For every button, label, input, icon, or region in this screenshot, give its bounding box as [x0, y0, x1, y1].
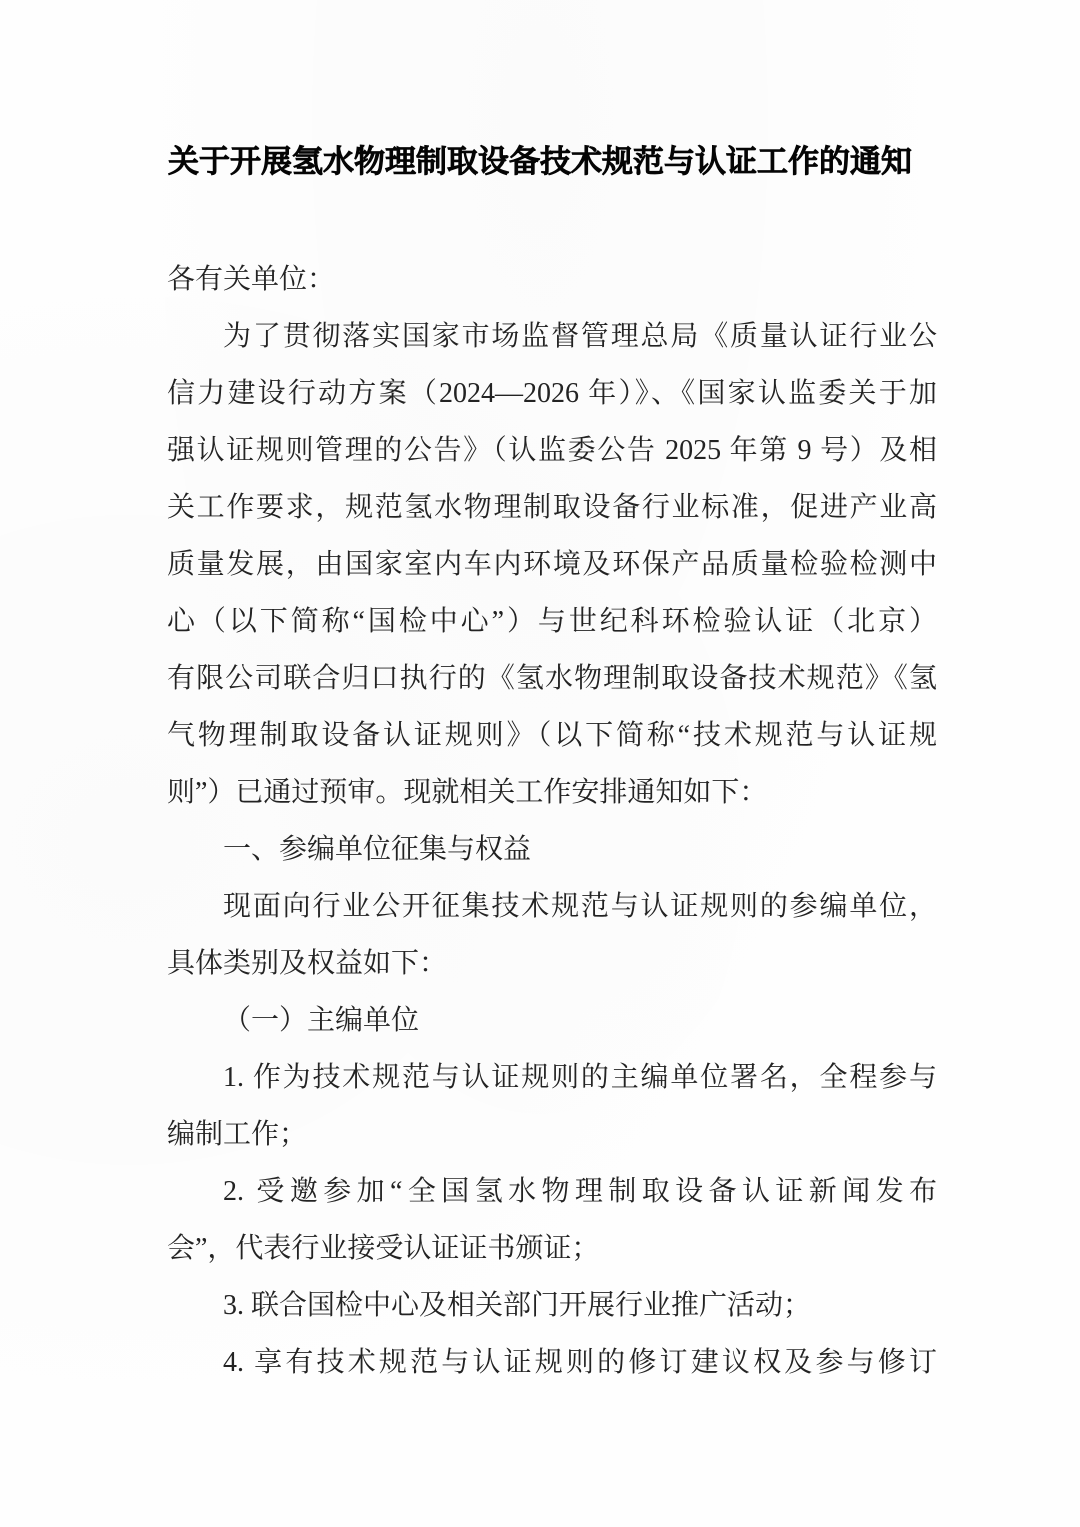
document-title: 关于开展氢水物理制取设备技术规范与认证工作的通知 [0, 139, 1080, 185]
document-line: 一、参编单位征集与权益 [167, 821, 937, 878]
document-line: 则”）已通过预审。现就相关工作安排通知如下： [167, 764, 937, 821]
document-line: 现面向行业公开征集技术规范与认证规则的参编单位， [167, 878, 937, 935]
document-line: 3. 联合国检中心及相关部门开展行业推广活动； [167, 1277, 937, 1334]
document-line: 具体类别及权益如下： [167, 935, 937, 992]
document-line: 2. 受邀参加“全国氢水物理制取设备认证新闻发布 [167, 1163, 937, 1220]
document-line: 关工作要求，规范氢水物理制取设备行业标准，促进产业高 [167, 479, 937, 536]
document-line: 心（以下简称“国检中心”）与世纪科环检验认证（北京） [167, 593, 937, 650]
document-line: 编制工作； [167, 1106, 937, 1163]
document-body: 各有关单位：为了贯彻落实国家市场监督管理总局《质量认证行业公信力建设行动方案（2… [167, 251, 937, 1391]
document-page: 关于开展氢水物理制取设备技术规范与认证工作的通知 各有关单位：为了贯彻落实国家市… [0, 0, 1080, 1527]
document-line: 质量发展，由国家室内车内环境及环保产品质量检验检测中 [167, 536, 937, 593]
document-line: 信力建设行动方案（2024—2026 年）》、《国家认监委关于加 [167, 365, 937, 422]
document-line: （一）主编单位 [167, 992, 937, 1049]
document-line: 有限公司联合归口执行的《氢水物理制取设备技术规范》《氢 [167, 650, 937, 707]
document-line: 气物理制取设备认证规则》（以下简称“技术规范与认证规 [167, 707, 937, 764]
document-line: 1. 作为技术规范与认证规则的主编单位署名，全程参与 [167, 1049, 937, 1106]
document-line: 4. 享有技术规范与认证规则的修订建议权及参与修订 [167, 1334, 937, 1391]
document-line: 强认证规则管理的公告》（认监委公告 2025 年第 9 号）及相 [167, 422, 937, 479]
document-line: 会”，代表行业接受认证证书颁证； [167, 1220, 937, 1277]
document-line: 为了贯彻落实国家市场监督管理总局《质量认证行业公 [167, 308, 937, 365]
document-line: 各有关单位： [167, 251, 937, 308]
